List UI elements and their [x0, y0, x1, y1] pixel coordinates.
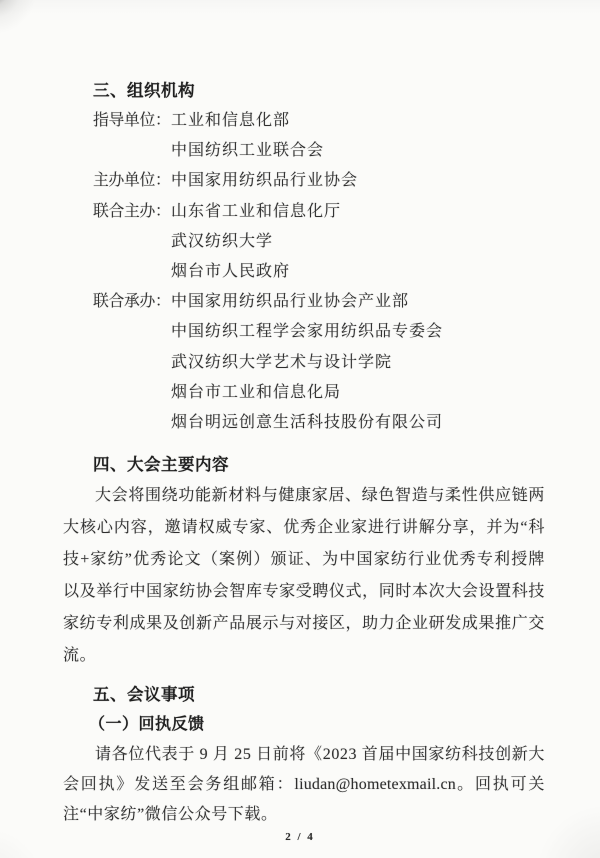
org-entry-value: 中国纺织工业联合会	[171, 136, 545, 166]
org-entry-guidance: 指导单位： 工业和信息化部 中国纺织工业联合会	[93, 106, 545, 166]
org-entry-value: 中国纺织工程学会家用纺织品专委会	[171, 317, 545, 347]
organization-list: 指导单位： 工业和信息化部 中国纺织工业联合会 主办单位： 中国家用纺织品行业协…	[63, 106, 545, 438]
main-content-paragraph: 大会将围绕功能新材料与健康家居、绿色智造与柔性供应链两大核心内容，邀请权威专家、…	[63, 480, 545, 672]
org-entry-value: 烟台市工业和信息化局	[171, 378, 545, 408]
org-entry-coorganizer: 联合承办： 中国家用纺织品行业协会产业部 中国纺织工程学会家用纺织品专委会 武汉…	[93, 287, 545, 438]
org-entry-values: 山东省工业和信息化厅 武汉纺织大学 烟台市人民政府	[171, 197, 545, 288]
org-entry-value: 武汉纺织大学艺术与设计学院	[171, 348, 545, 378]
org-entry-value: 烟台市人民政府	[171, 257, 545, 287]
document-content: 三、组织机构 指导单位： 工业和信息化部 中国纺织工业联合会 主办单位： 中国家…	[0, 0, 600, 830]
org-entry-value: 山东省工业和信息化厅	[171, 197, 545, 227]
org-entry-label: 主办单位：	[93, 166, 171, 196]
subsection-heading-reply-feedback: （一）回执反馈	[63, 710, 545, 740]
org-entry-values: 工业和信息化部 中国纺织工业联合会	[171, 106, 545, 166]
org-entry-label: 联合承办：	[93, 287, 171, 438]
section-heading-meeting-matters: 五、会议事项	[63, 680, 545, 710]
org-entry-value: 工业和信息化部	[171, 106, 545, 136]
org-entry-label: 指导单位：	[93, 106, 171, 166]
reply-feedback-paragraph: 请各位代表于 9 月 25 日前将《2023 首届中国家纺科技创新大会回执》发送…	[63, 740, 545, 830]
org-entry-cohost: 联合主办： 山东省工业和信息化厅 武汉纺织大学 烟台市人民政府	[93, 197, 545, 288]
org-entry-label: 联合主办：	[93, 197, 171, 288]
org-entry-value: 烟台明远创意生活科技股份有限公司	[171, 408, 545, 438]
email-text: liudan@hometexmail.cn	[294, 776, 456, 793]
org-entry-value: 中国家用纺织品行业协会	[171, 166, 545, 196]
document-page: 三、组织机构 指导单位： 工业和信息化部 中国纺织工业联合会 主办单位： 中国家…	[0, 0, 600, 858]
page-number: 2 / 4	[285, 831, 315, 843]
org-entry-host: 主办单位： 中国家用纺织品行业协会	[93, 166, 545, 196]
org-entry-values: 中国家用纺织品行业协会产业部 中国纺织工程学会家用纺织品专委会 武汉纺织大学艺术…	[171, 287, 545, 438]
section-heading-main-content: 四、大会主要内容	[63, 450, 545, 480]
org-entry-value: 中国家用纺织品行业协会产业部	[171, 287, 545, 317]
org-entry-values: 中国家用纺织品行业协会	[171, 166, 545, 196]
org-entry-value: 武汉纺织大学	[171, 227, 545, 257]
section-heading-organization: 三、组织机构	[63, 76, 545, 106]
